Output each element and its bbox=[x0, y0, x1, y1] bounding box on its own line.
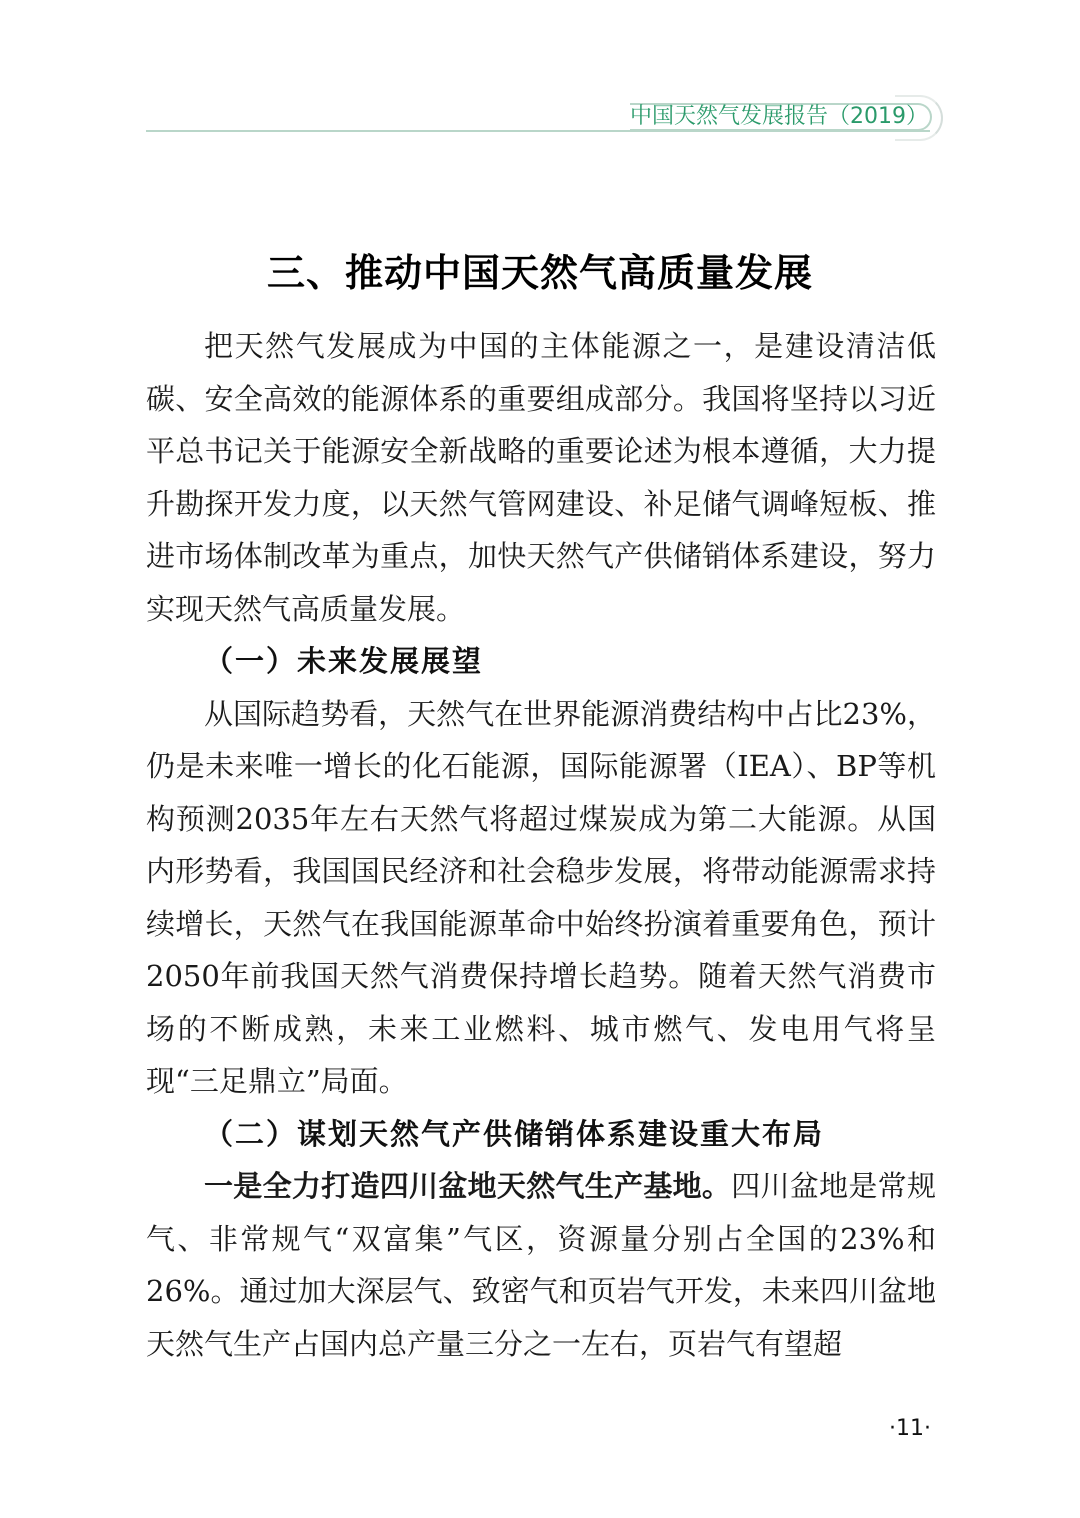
paragraph-lead-sentence: 一是全力打造四川盆地天然气生产基地。 bbox=[204, 1169, 731, 1203]
page-number: ·11· bbox=[880, 1414, 940, 1444]
section1-paragraph: 从国际趋势看，天然气在世界能源消费结构中占比23%，仍是未来唯一增长的化石能源，… bbox=[146, 688, 936, 1108]
section-heading-2: （二）谋划天然气产供储销体系建设重大布局 bbox=[146, 1108, 936, 1161]
intro-paragraph: 把天然气发展成为中国的主体能源之一，是建设清洁低碳、安全高效的能源体系的重要组成… bbox=[146, 320, 936, 635]
chapter-title: 三、推动中国天然气高质量发展 bbox=[0, 247, 1080, 299]
section-heading-1: （一）未来发展展望 bbox=[146, 635, 936, 688]
running-title: 中国天然气发展报告（2019） bbox=[630, 102, 928, 132]
page-body: 把天然气发展成为中国的主体能源之一，是建设清洁低碳、安全高效的能源体系的重要组成… bbox=[146, 320, 936, 1370]
running-header: 中国天然气发展报告（2019） bbox=[0, 0, 1080, 160]
section2-paragraph: 一是全力打造四川盆地天然气生产基地。四川盆地是常规气、非常规气“双富集”气区，资… bbox=[146, 1160, 936, 1370]
